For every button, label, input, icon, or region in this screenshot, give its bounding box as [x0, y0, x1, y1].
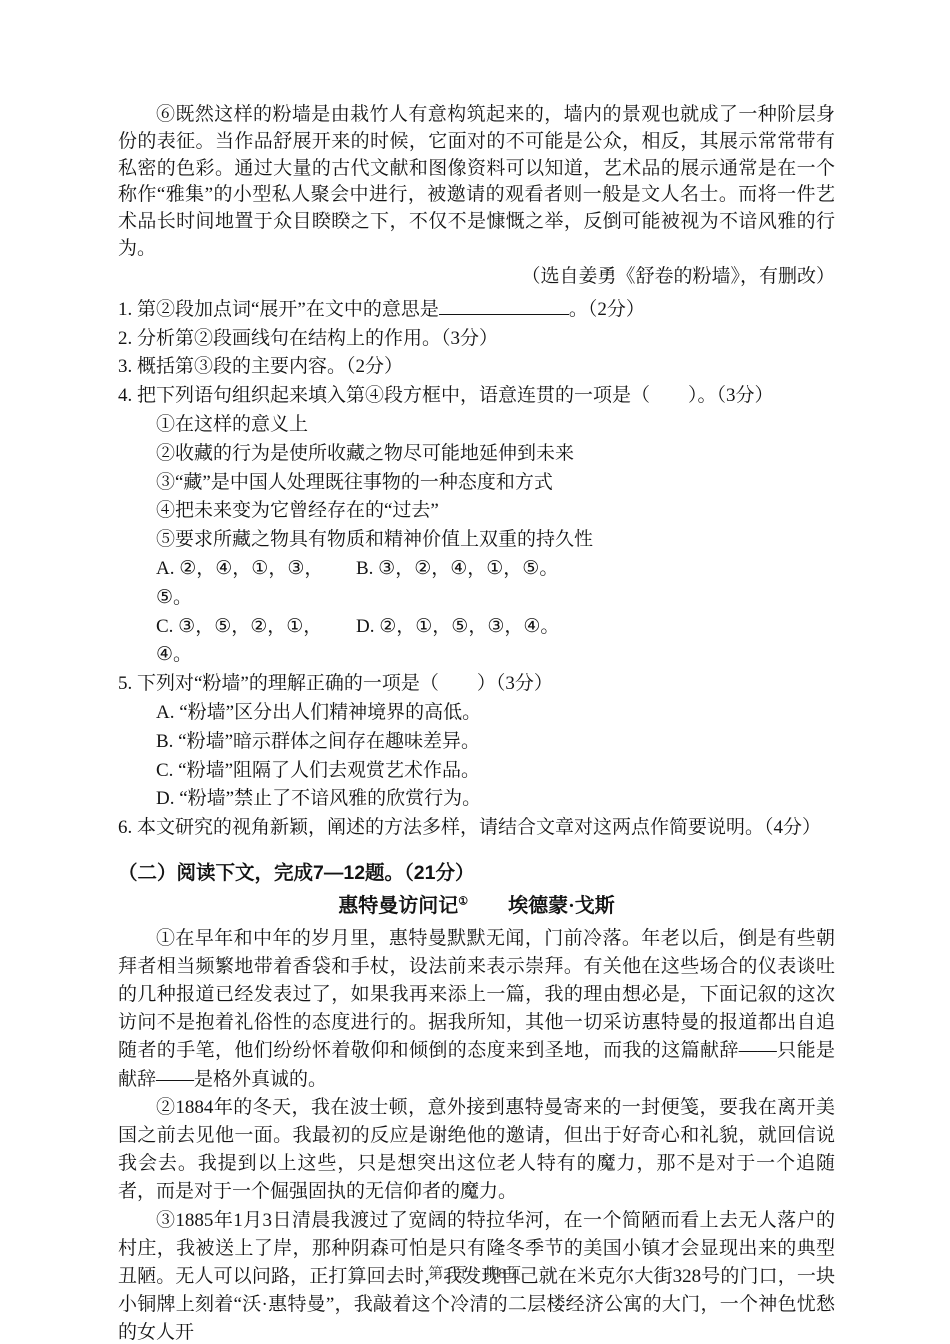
- question-5-option-c: C. “粉墙”阻隔了人们去观赏艺术作品。: [118, 757, 835, 786]
- footer-page-number: 第2页: [428, 1266, 467, 1282]
- question-4-item-3: ③“藏”是中国人处理既往事物的一种态度和方式: [118, 469, 835, 498]
- question-4-options-row-1: A. ②，④，①，③，⑤。 B. ③，②，④，①，⑤。: [118, 555, 835, 613]
- passage-one-paragraph-6: ⑥既然这样的粉墙是由栽竹人有意构筑起来的，墙内的景观也就成了一种阶层身份的表征。…: [118, 102, 835, 263]
- question-2: 2. 分析第②段画线句在结构上的作用。（3分）: [118, 325, 835, 354]
- page-content: ⑥既然这样的粉墙是由栽竹人有意构筑起来的，墙内的景观也就成了一种阶层身份的表征。…: [0, 0, 950, 1344]
- passage-two-author: 埃德蒙·戈斯: [508, 895, 615, 917]
- footer-separator: |: [473, 1266, 477, 1282]
- question-4-option-c: C. ③，⑤，②，①，④。: [156, 613, 356, 671]
- passage-two-paragraph-1: ①在早年和中年的岁月里，惠特曼默默无闻，门前冷落。年老以后，倒是有些朝拜者相当频…: [118, 925, 835, 1094]
- question-4-item-1: ①在这样的意义上: [118, 411, 835, 440]
- question-5-stem: 5. 下列对“粉墙”的理解正确的一项是（ ）（3分）: [118, 670, 835, 699]
- question-4-option-d: D. ②，①，⑤，③，④。: [356, 613, 559, 671]
- section-two-header: （二）阅读下文，完成7—12题。（21分）: [118, 859, 835, 888]
- question-4-item-4: ④把未来变为它曾经存在的“过去”: [118, 497, 835, 526]
- passage-two-title-line: 惠特曼访问记①埃德蒙·戈斯: [118, 892, 835, 921]
- title-footnote-superscript: ①: [458, 895, 468, 907]
- question-1-suffix: 。（2分）: [569, 299, 645, 320]
- question-5-option-b: B. “粉墙”暗示群体之间存在趣味差异。: [118, 728, 835, 757]
- passage-one-source-attribution: （选自姜勇《舒卷的粉墙》，有删改）: [118, 263, 835, 290]
- question-3: 3. 概括第③段的主要内容。（2分）: [118, 353, 835, 382]
- question-4-item-2: ②收藏的行为是使所收藏之物尽可能地延伸到未来: [118, 440, 835, 469]
- question-4-item-5: ⑤要求所藏之物具有物质和精神价值上双重的持久性: [118, 526, 835, 555]
- question-4-option-b: B. ③，②，④，①，⑤。: [356, 555, 558, 613]
- question-6: 6. 本文研究的视角新颖，阐述的方法多样，请结合文章对这两点作简要说明。（4分）: [118, 814, 835, 843]
- question-1-prefix: 1. 第②段加点词“展开”在文中的意思是: [118, 299, 439, 320]
- question-4-options-row-2: C. ③，⑤，②，①，④。 D. ②，①，⑤，③，④。: [118, 613, 835, 671]
- answer-blank-line: [439, 295, 569, 315]
- passage-two-paragraph-2: ②1884年的冬天，我在波士顿，意外接到惠特曼寄来的一封便笺，要我在离开美国之前…: [118, 1094, 835, 1207]
- question-4-option-a: A. ②，④，①，③，⑤。: [156, 555, 356, 613]
- footer-total-pages: 共8页: [483, 1266, 522, 1282]
- passage-two-title: 惠特曼访问记: [338, 895, 458, 917]
- exam-page: ⑥既然这样的粉墙是由栽竹人有意构筑起来的，墙内的景观也就成了一种阶层身份的表征。…: [0, 0, 950, 1344]
- question-5-option-a: A. “粉墙”区分出人们精神境界的高低。: [118, 699, 835, 728]
- question-5-option-d: D. “粉墙”禁止了不谙风雅的欣赏行为。: [118, 785, 835, 814]
- page-footer: 第2页|共8页: [0, 1262, 950, 1283]
- question-4-stem: 4. 把下列语句组织起来填入第④段方框中，语意连贯的一项是（ ）。（3分）: [118, 382, 835, 411]
- question-1: 1. 第②段加点词“展开”在文中的意思是。（2分）: [118, 295, 835, 325]
